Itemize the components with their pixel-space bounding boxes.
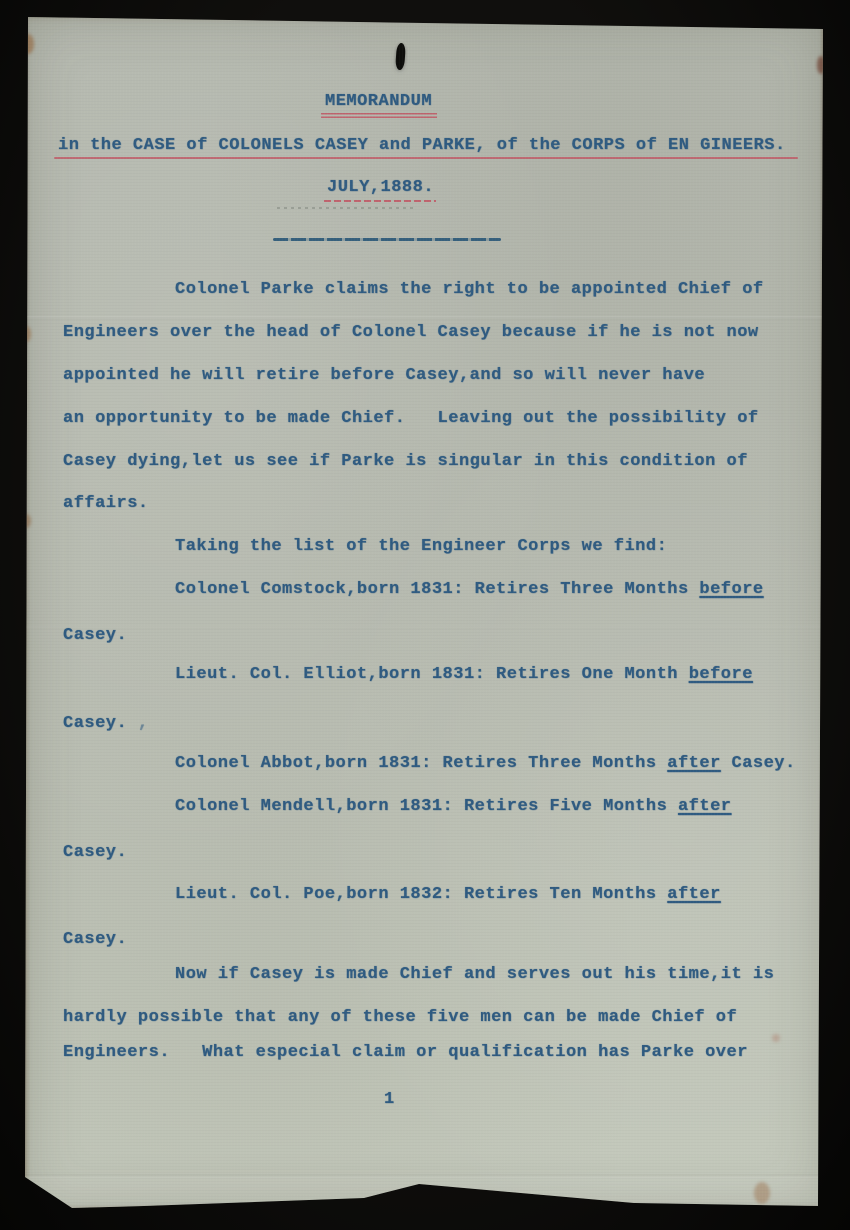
text-segment: in the CASE of COLONELS CASEY and PARKE,… [58, 136, 786, 155]
body-line: appointed he will retire before Casey,an… [63, 366, 705, 385]
underlined-word: after [667, 754, 721, 773]
fold-crease [24, 1178, 826, 1208]
memo-subject: in the CASE of COLONELS CASEY and PARKE,… [58, 136, 786, 155]
body-line: Casey. [63, 843, 127, 862]
rule-title-red-double [321, 113, 437, 118]
body-line: Casey. [63, 930, 127, 949]
text-segment: hardly possible that any of these five m… [63, 1008, 737, 1027]
text-segment: appointed he will retire before Casey,an… [63, 366, 705, 385]
document-page: MEMORANDUMin the CASE of COLONELS CASEY … [24, 14, 826, 1212]
text-segment: MEMORANDUM [325, 92, 432, 111]
body-line: Casey. [63, 626, 127, 645]
paper-stain [772, 1034, 780, 1042]
underlined-word: after [667, 885, 721, 904]
fold-crease [24, 626, 826, 629]
text-segment: Casey. [63, 626, 127, 645]
photo-background: MEMORANDUMin the CASE of COLONELS CASEY … [0, 0, 850, 1230]
rule-dotted-gray [277, 207, 415, 209]
rule-dashed-blue [273, 238, 501, 241]
paper-stain [21, 514, 31, 528]
text-segment: Casey. [63, 930, 127, 949]
body-line: Taking the list of the Engineer Corps we… [175, 537, 667, 556]
underlined-word: after [678, 797, 732, 816]
body-line: Colonel Parke claims the right to be app… [175, 280, 764, 299]
text-segment: Colonel Mendell,born 1831: Retires Five … [175, 797, 678, 816]
text-segment: Lieut. Col. Poe,born 1832: Retires Ten M… [175, 885, 667, 904]
underlined-word: before [699, 580, 763, 599]
body-line: Now if Casey is made Chief and serves ou… [175, 965, 774, 984]
list-line-mendell: Colonel Mendell,born 1831: Retires Five … [175, 797, 732, 816]
body-line: Casey dying,let us see if Parke is singu… [63, 452, 748, 471]
paper-stain [21, 326, 31, 342]
text-segment: Colonel Parke claims the right to be app… [175, 280, 764, 299]
text-segment: Colonel Comstock,born 1831: Retires Thre… [175, 580, 699, 599]
text-segment: Casey. [721, 754, 796, 773]
fold-crease [24, 1174, 826, 1178]
text-segment: Casey dying,let us see if Parke is singu… [63, 452, 748, 471]
underlined-word: before [689, 665, 753, 684]
text-segment: JULY,1888. [327, 178, 434, 197]
stray-mark: , [127, 714, 148, 733]
rule-subject-red [54, 157, 798, 159]
text-segment: an opportunity to be made Chief. Leaving… [63, 409, 759, 428]
body-line: Casey. , [63, 714, 149, 733]
memo-title: MEMORANDUM [325, 92, 432, 111]
memo-date: JULY,1888. [327, 178, 434, 197]
list-line-poe: Lieut. Col. Poe,born 1832: Retires Ten M… [175, 885, 721, 904]
text-segment: Colonel Abbot,born 1831: Retires Three M… [175, 754, 667, 773]
paper-stain [817, 56, 825, 74]
binding-hole [395, 43, 406, 71]
text-segment: affairs. [63, 494, 149, 513]
text-segment: Now if Casey is made Chief and serves ou… [175, 965, 774, 984]
rule-date-red-dashed [324, 200, 436, 202]
body-line: affairs. [63, 494, 149, 513]
fold-crease [24, 316, 826, 320]
list-line-comstock: Colonel Comstock,born 1831: Retires Thre… [175, 580, 764, 599]
list-line-elliot: Lieut. Col. Elliot,born 1831: Retires On… [175, 665, 753, 684]
paper-stain [754, 1182, 770, 1204]
text-segment: Taking the list of the Engineer Corps we… [175, 537, 667, 556]
text-segment: Engineers over the head of Colonel Casey… [63, 323, 759, 342]
text-segment: Lieut. Col. Elliot,born 1831: Retires On… [175, 665, 689, 684]
text-segment: Casey. [63, 843, 127, 862]
text-segment: 1 [384, 1090, 395, 1109]
list-line-abbot: Colonel Abbot,born 1831: Retires Three M… [175, 754, 796, 773]
page-number: 1 [384, 1090, 395, 1109]
body-line: Engineers. What especial claim or qualif… [63, 1043, 748, 1062]
text-segment: Casey. [63, 714, 127, 733]
body-line: Engineers over the head of Colonel Casey… [63, 323, 759, 342]
body-line: an opportunity to be made Chief. Leaving… [63, 409, 759, 428]
paper-stain [22, 34, 34, 54]
body-line: hardly possible that any of these five m… [63, 1008, 737, 1027]
text-segment: Engineers. What especial claim or qualif… [63, 1043, 748, 1062]
